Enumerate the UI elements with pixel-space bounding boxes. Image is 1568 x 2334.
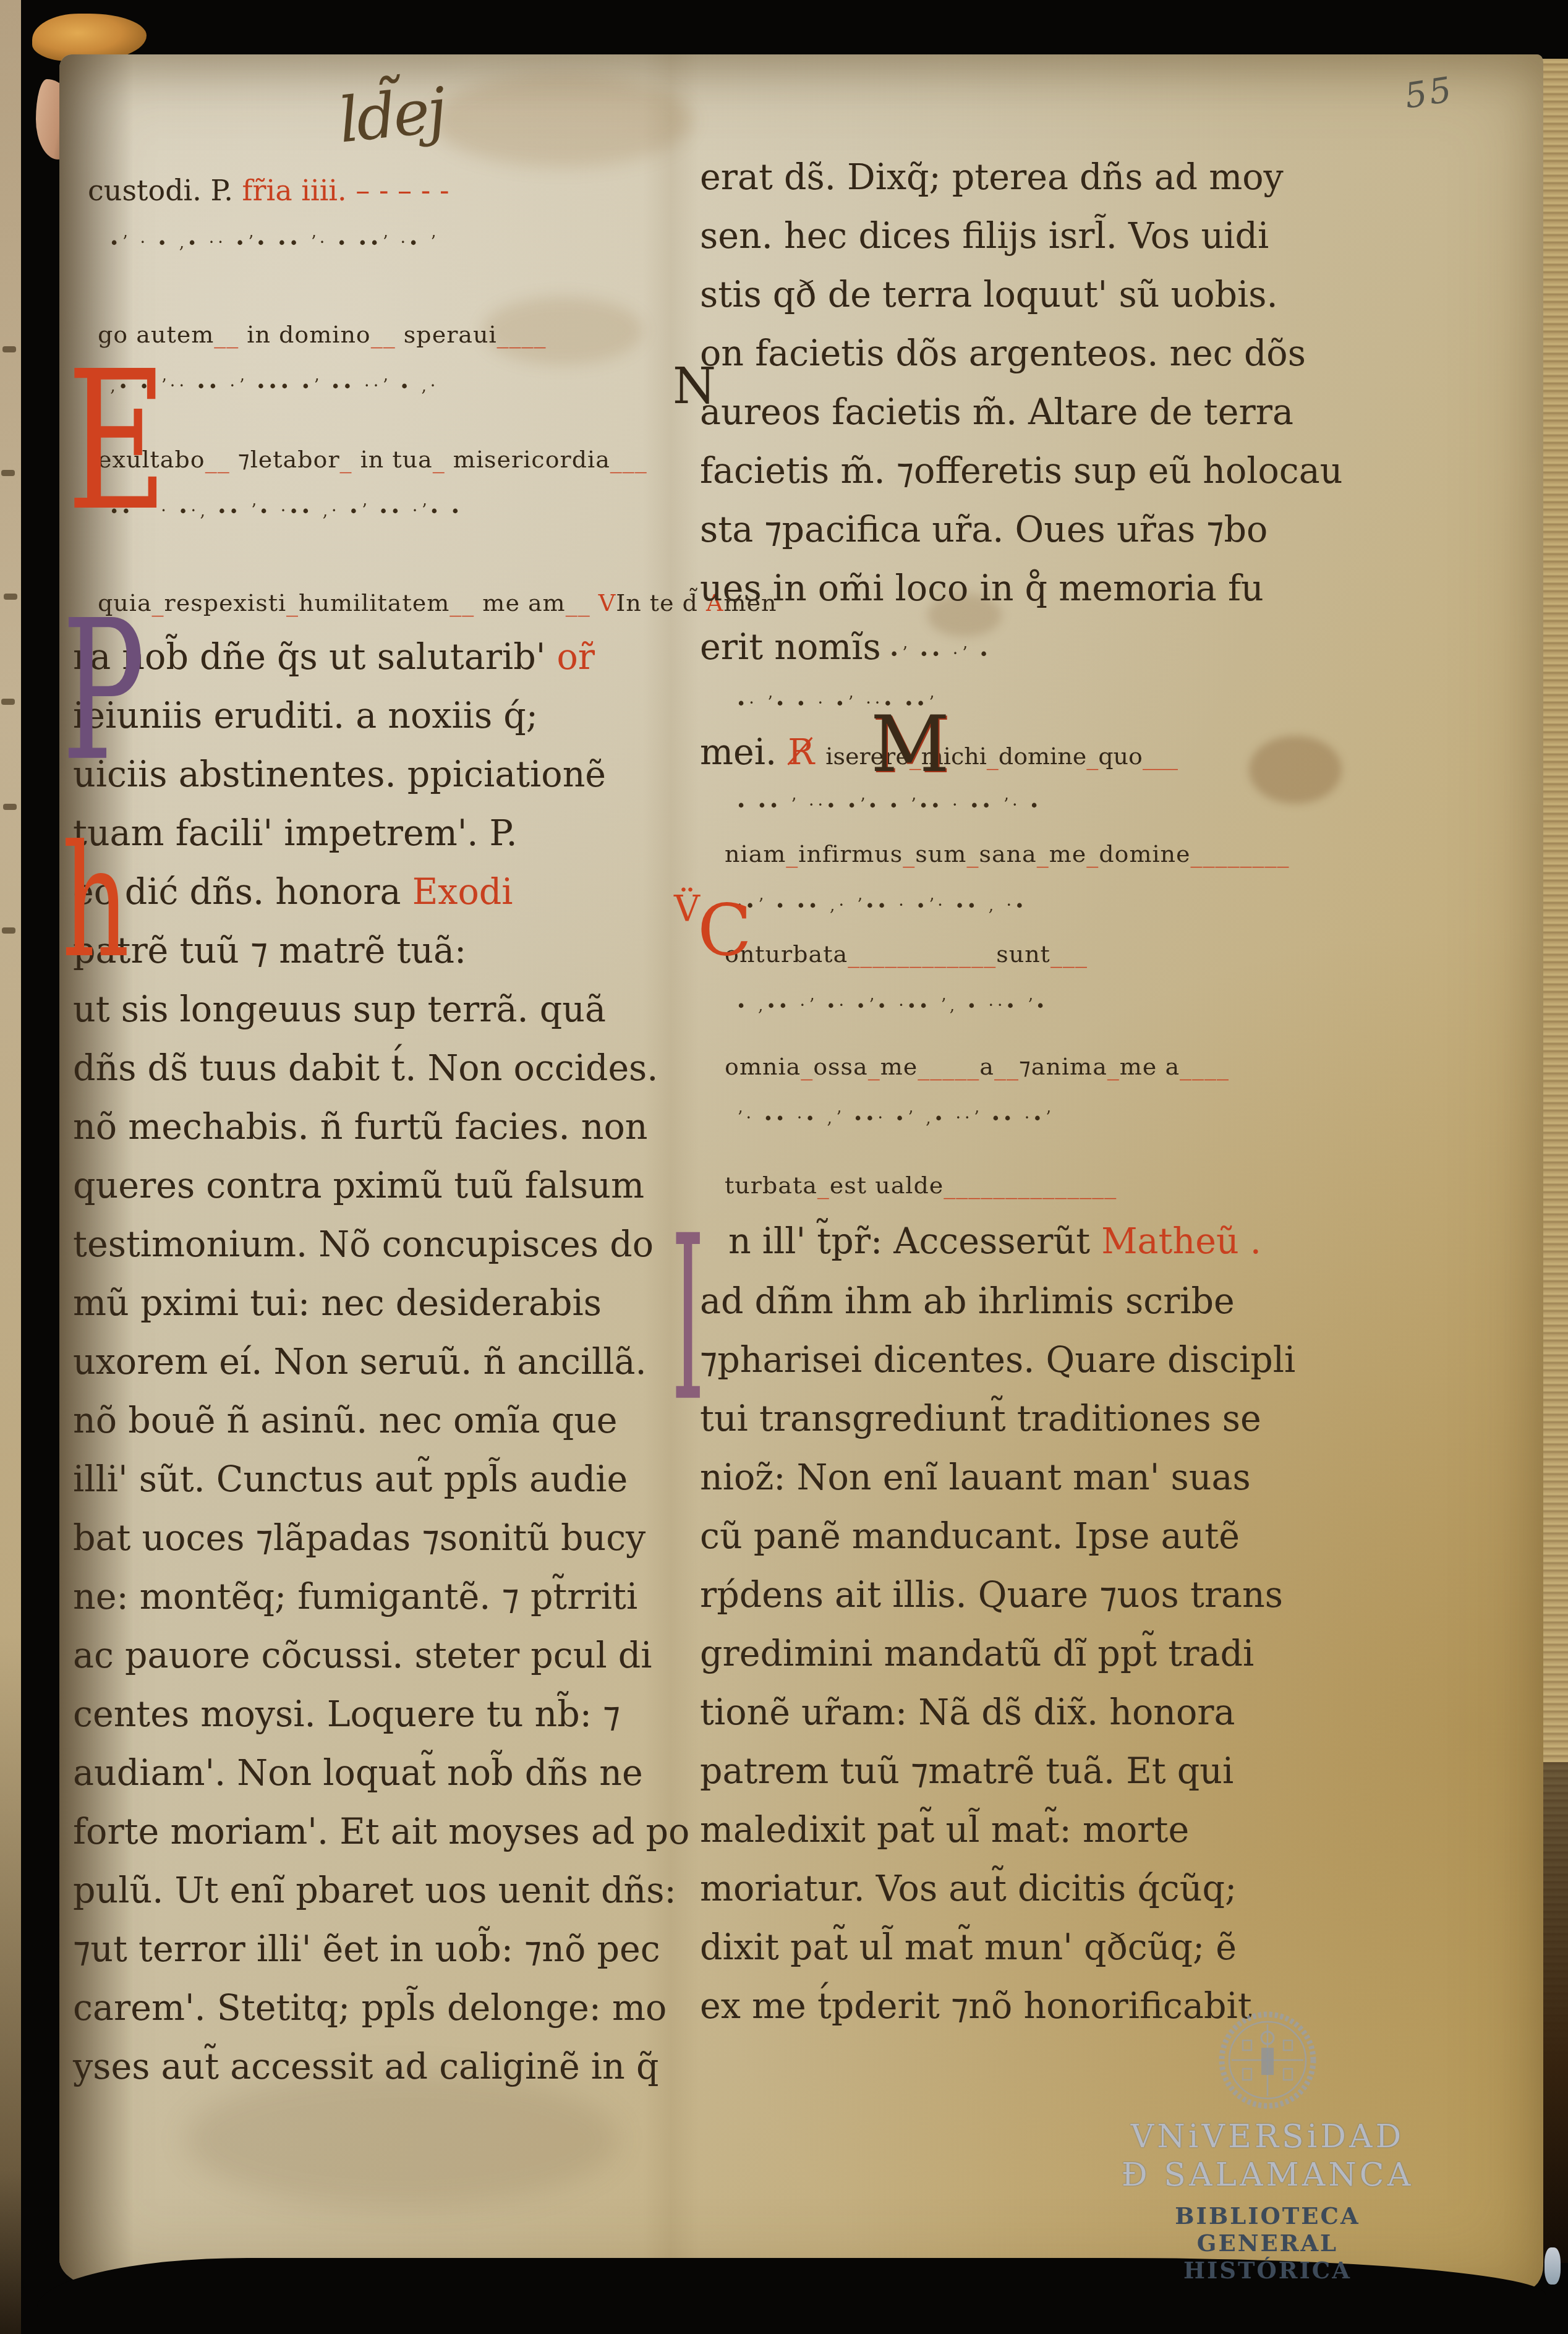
rubric-segment: _____ xyxy=(918,1053,979,1080)
ink-segment: ad dñm ihm ab ihrlimis scribe xyxy=(700,1281,1235,1322)
text-line: quia_respexisti_humilitatem__ me am__ VI… xyxy=(73,577,662,628)
text-line: ieiuniis eruditi. a noxiis q́; xyxy=(73,687,662,746)
text-line: dñs ds̃ tuus dabit t́. Non occides. xyxy=(73,1039,662,1098)
ink-segment: patrẽ tuũ ⁊ matrẽ tuã: xyxy=(73,931,466,971)
neume-segment: ∙ ∙∙ ʼ ··∙ ∙ʼ∙ ∙ ʼ∙∙ · ∙∙ ʼ· ∙ xyxy=(737,796,1042,815)
initial-M-miserere: M xyxy=(871,706,950,783)
rubric-segment: ___ xyxy=(1050,940,1088,968)
ink-segment: mei. xyxy=(700,732,788,773)
ink-segment: me a xyxy=(1120,1053,1180,1080)
neume-segment: ʼ· ∙∙ ·∙ ‚ʼ ∙∙· ∙ʼ ‚∙ ··ʼ ∙∙ ·∙ʼ xyxy=(737,1109,1054,1128)
text-line: nõ bouẽ ñ asinũ. nec omĩa que xyxy=(73,1392,662,1450)
text-line: testimonium. Nõ concupisces do xyxy=(73,1216,662,1274)
rubric-segment: R̸ xyxy=(788,732,825,773)
rubric-segment: ____ xyxy=(497,321,547,348)
ink-segment: omnia xyxy=(725,1053,801,1080)
rubric-segment: _ xyxy=(987,743,999,770)
ink-segment: on facietis dõs argenteos. nec dõs xyxy=(700,333,1306,374)
text-line: tuam facili' impetrem'. P. xyxy=(73,804,662,863)
ink-segment: ⁊ut terror illi' ẽet in uob̃: ⁊nõ pec xyxy=(73,1929,660,1970)
rubric-segment: _ xyxy=(340,446,352,473)
text-line: on facietis dõs argenteos. nec dõs xyxy=(700,325,1324,383)
text-line: pulũ. Ut enĩ pbaret uos uenit dñs: xyxy=(73,1862,662,1920)
ink-segment: yses aut̃ accessit ad caliginẽ in q̃ xyxy=(73,2047,658,2087)
text-line: mei. R̸ iserere_michi_domine_quo___ xyxy=(700,726,1324,779)
rubric-segment: ____________ xyxy=(848,940,996,968)
ink-segment: sana xyxy=(979,840,1036,867)
initial-I-in-illo: I xyxy=(671,1207,704,1434)
ink-segment: respexisti xyxy=(164,589,286,616)
text-line: facietis m̃. ⁊offeretis sup eũ holocau xyxy=(700,442,1324,501)
text-line: tionẽ ur̃am: Nã ds̃ dix̃. honora xyxy=(700,1684,1324,1742)
rubric-segment: ________ xyxy=(1191,840,1290,867)
facing-page-text-fragment xyxy=(1,470,15,476)
ink-segment: domine xyxy=(1099,840,1190,867)
text-line: gredimini mandatũ dĩ ppt̃ tradi xyxy=(700,1625,1324,1684)
facing-page-text-fragment xyxy=(1,699,15,705)
rubric-segment: fr̃ia iiii. xyxy=(242,174,356,207)
ink-segment: me xyxy=(880,1053,918,1080)
text-line: nõ mechabis. ñ furtũ facies. non xyxy=(73,1098,662,1157)
ink-segment: dixit pat̃ ul̃ mat̃ mun' qðcũq; ẽ xyxy=(700,1927,1237,1968)
rubric-segment: Matheũ . xyxy=(1101,1221,1261,1262)
facing-page-text-fragment xyxy=(2,346,16,352)
text-line: uiciis abstinentes. ppiciationẽ xyxy=(73,746,662,804)
text-line: ec dić dñs. honora Exodi xyxy=(73,863,662,922)
rubric-segment: ___ xyxy=(610,446,647,473)
text-line: onturbata____________sunt___ xyxy=(700,929,1324,979)
ink-segment: tionẽ ur̃am: Nã ds̃ dix̃. honora xyxy=(700,1692,1235,1733)
text-line: nioz̃: Non enĩ lauant man' suas xyxy=(700,1449,1324,1507)
ink-segment: in tua xyxy=(352,446,433,473)
manuscript-photo: ld̃ej 55 custodi. P. fr̃ia iiii. – - – -… xyxy=(0,0,1568,2334)
neume-segment: ·∙ʼ ∙ ∙∙ ‚· ʼ∙∙ · ∙ʼ· ∙∙ ‚ ·∙ xyxy=(737,896,1027,915)
ink-segment: me am xyxy=(474,589,565,616)
fore-edge-highlight xyxy=(1545,2247,1561,2285)
ink-segment: sta ⁊pacifica ur̃a. Oues ur̃as ⁊bo xyxy=(700,509,1268,550)
text-line: custodi. P. fr̃ia iiii. – - – - - xyxy=(73,147,662,216)
neume-row: ∙ʼ · ∙ ‚∙ ·· ∙ʼ∙ ∙∙ ʼ· ∙ ∙∙ʼ ·∙ ʼ xyxy=(73,216,662,309)
ink-segment: nõ mechabis. ñ furtũ facies. non xyxy=(73,1107,648,1148)
ink-segment: tuam facili' impetrem'. P. xyxy=(73,813,518,854)
book-fore-edge-shadow xyxy=(1542,1762,1568,2263)
folio-number: 55 xyxy=(1402,69,1456,117)
ink-segment: mũ pximi tui: nec desiderabis xyxy=(73,1283,602,1324)
rubric-segment: __ xyxy=(450,589,474,616)
ink-segment: nioz̃: Non enĩ lauant man' suas xyxy=(700,1457,1251,1498)
rubric-segment: Exodi xyxy=(412,872,513,913)
ink-segment: a xyxy=(979,1053,994,1080)
versus-mark: V̈ xyxy=(674,890,700,926)
ink-segment: infirmus xyxy=(798,840,903,867)
text-line: omnia_ossa_me_____a__⁊anima_me a____ xyxy=(700,1041,1324,1092)
neume-row: ∙ ∙∙ ʼ ··∙ ∙ʼ∙ ∙ ʼ∙∙ · ∙∙ ʼ· ∙ xyxy=(700,779,1324,828)
neume-segment: ∙ ‚∙∙ ·ʼ ∙· ∙ʼ∙ ·∙∙ ʼ‚ ∙ ··∙ ʼ∙ xyxy=(737,996,1048,1015)
ink-segment: niam xyxy=(725,840,786,867)
watermark-library-name: BIBLIOTECA GENERAL HISTÓRICA xyxy=(1113,2202,1422,2284)
text-line: mũ pximi tui: nec desiderabis xyxy=(73,1274,662,1333)
ink-segment: rṕdens ait illis. Quare ⁊uos trans xyxy=(700,1575,1283,1616)
right-text-column: erat ds̃. Dixq̃; pterea dñs ad moysen. h… xyxy=(700,148,1324,2036)
ink-segment: humilitatem xyxy=(299,589,450,616)
ink-scribble: ld̃ej xyxy=(335,74,447,156)
text-line: patrẽ tuũ ⁊ matrẽ tuã: xyxy=(73,922,662,981)
ink-segment: in domino xyxy=(239,321,371,348)
text-line: bat uoces ⁊lãpadas ⁊sonitũ bucy xyxy=(73,1509,662,1568)
text-line: moriatur. Vos aut̃ dicitis q́cũq; xyxy=(700,1860,1324,1919)
ink-segment: domine xyxy=(999,743,1086,770)
rubric-segment: ____ xyxy=(1180,1053,1229,1080)
ink-segment: custodi. P. xyxy=(88,174,242,207)
ink-segment: uxorem eí. Non seruũ. ñ ancillã. xyxy=(73,1342,647,1382)
neume-row: ·∙ʼ ∙ ∙∙ ‚· ʼ∙∙ · ∙ʼ· ∙∙ ‚ ·∙ xyxy=(700,879,1324,929)
text-line: erit nomĩs ∙ʼ ∙∙ ·ʼ ∙ xyxy=(700,618,1324,677)
rubric-segment: ______________ xyxy=(944,1172,1117,1199)
text-line: yses aut̃ accessit ad caliginẽ in q̃ xyxy=(73,2038,662,2097)
rubric-segment: __ xyxy=(205,446,230,473)
text-line: forte moriam'. Et ait moyses ad po xyxy=(73,1803,662,1862)
text-line: tui transgrediunt̃ traditiones se xyxy=(700,1390,1324,1449)
text-line: carem'. Stetitq; ppl̃s delonge: mo xyxy=(73,1979,662,2038)
rubric-segment: __ xyxy=(214,321,239,348)
text-line: ⁊pharisei dicentes. Quare discipli xyxy=(700,1331,1324,1390)
rubric-segment: _ xyxy=(817,1172,830,1199)
text-line: n ill' t̃pr̃: Accesserũt Matheũ . xyxy=(700,1211,1324,1272)
text-line: niam_infirmus_sum_sana_me_domine________ xyxy=(700,828,1324,879)
rubric-segment: or̃ xyxy=(545,637,595,678)
ink-segment: ⁊anima xyxy=(1019,1053,1107,1080)
text-line: sen. hec dices filijs isrl̃. Vos uidi xyxy=(700,207,1324,266)
ink-segment: In te d̃ xyxy=(616,589,706,616)
text-line: audiam'. Non loquat̃ nob̃ dñs ne xyxy=(73,1744,662,1803)
text-line: ut sis longeuus sup terrã. quã xyxy=(73,981,662,1039)
watermark-university-line1: VNiVERSiDAD xyxy=(1113,2118,1422,2155)
text-line: uxorem eí. Non seruũ. ñ ancillã. xyxy=(73,1333,662,1392)
neume-row: ∙· ʼ∙ ∙ · ∙ʼ ··∙ ∙∙ʼ xyxy=(700,677,1324,726)
ink-segment: facietis m̃. ⁊offeretis sup eũ holocau xyxy=(700,451,1342,492)
rubric-segment: – - – - - xyxy=(356,174,449,207)
ink-segment: maledixit pat̃ ul̃ mat̃: morte xyxy=(700,1810,1189,1851)
initial-C-conturbata: C xyxy=(697,895,752,966)
rubric-segment: __ xyxy=(566,589,590,616)
rubric-segment: _ xyxy=(868,1053,880,1080)
ink-segment: pulũ. Ut enĩ pbaret uos uenit dñs: xyxy=(73,1870,676,1911)
rubric-segment: _ xyxy=(786,840,798,867)
ink-segment: ne: montẽq; fumigantẽ. ⁊ pt̃rriti xyxy=(73,1577,637,1617)
facing-page-text-fragment xyxy=(4,594,17,600)
ink-segment: ues in om̃i loco in q̊ memoria fu xyxy=(700,568,1264,609)
text-line: sta ⁊pacifica ur̃a. Oues ur̃as ⁊bo xyxy=(700,501,1324,560)
ink-segment: quo xyxy=(1098,743,1143,770)
text-line: turbata_est ualde______________ xyxy=(700,1160,1324,1211)
text-line: ac pauore cõcussi. steter pcul di xyxy=(73,1627,662,1685)
ink-segment: uiciis abstinentes. ppiciationẽ xyxy=(73,754,606,795)
ink-segment: me xyxy=(1049,840,1087,867)
text-line: aureos facietis m̃. Altare de terra xyxy=(700,383,1324,442)
rubric-segment: _ xyxy=(152,589,164,616)
rubric-segment: _ xyxy=(286,589,299,616)
ink-segment: stis qð de terra loquut' sũ uobis. xyxy=(700,275,1278,315)
rubric-segment: _ xyxy=(1086,743,1098,770)
text-line: ⁊ut terror illi' ẽet in uob̃: ⁊nõ pec xyxy=(73,1920,662,1979)
initial-P-presta: P xyxy=(62,595,145,788)
facing-page-text-fragment xyxy=(3,804,17,810)
ink-segment: testimonium. Nõ concupisces do xyxy=(73,1224,654,1265)
rubric-segment: _ xyxy=(903,840,915,867)
rubric-segment: V xyxy=(599,589,616,616)
rubric-segment: _ xyxy=(433,446,445,473)
rubric-segment: __ xyxy=(994,1053,1019,1080)
watermark-university-line2: Ð SALAMANCA xyxy=(1113,2157,1422,2194)
university-seal-icon xyxy=(1218,2011,1317,2110)
ink-segment: est ualde xyxy=(830,1172,944,1199)
ink-segment: tui transgrediunt̃ traditiones se xyxy=(700,1399,1261,1439)
facing-page-text-fragment xyxy=(2,927,15,934)
ink-segment: misericordia xyxy=(445,446,610,473)
ink-segment: centes moysi. Loquere tu nb̃: ⁊ xyxy=(73,1694,620,1735)
ink-segment: ⁊pharisei dicentes. Quare discipli xyxy=(700,1340,1295,1381)
rubric-segment: _ xyxy=(1086,840,1099,867)
rubric-segment: _ xyxy=(1107,1053,1120,1080)
ink-segment: nõ bouẽ ñ asinũ. nec omĩa que xyxy=(73,1400,618,1441)
ink-segment: speraui xyxy=(396,321,497,348)
ink-segment: turbata xyxy=(725,1172,817,1199)
ink-segment: n ill' t̃pr̃: Accesserũt xyxy=(728,1221,1101,1262)
ink-segment: ut sis longeuus sup terrã. quã xyxy=(73,989,606,1030)
text-line: ne: montẽq; fumigantẽ. ⁊ pt̃rriti xyxy=(73,1568,662,1627)
ink-segment: audiam'. Non loquat̃ nob̃ dñs ne xyxy=(73,1753,643,1794)
ink-segment: ⁊letabor xyxy=(230,446,340,473)
ink-segment: queres contra pximũ tuũ falsum xyxy=(73,1165,644,1206)
text-line: queres contra pximũ tuũ falsum xyxy=(73,1157,662,1216)
initial-E-ego: E xyxy=(67,346,168,538)
ink-segment: bat uoces ⁊lãpadas ⁊sonitũ bucy xyxy=(73,1518,646,1559)
ink-segment: forte moriam'. Et ait moyses ad po xyxy=(73,1812,689,1852)
neume-row: ∙ ‚∙∙ ·ʼ ∙· ∙ʼ∙ ·∙∙ ʼ‚ ∙ ··∙ ʼ∙ xyxy=(700,979,1324,1041)
text-line: ad dñm ihm ab ihrlimis scribe xyxy=(700,1272,1324,1331)
text-line: ues in om̃i loco in q̊ memoria fu xyxy=(700,560,1324,618)
text-line: maledixit pat̃ ul̃ mat̃: morte xyxy=(700,1801,1324,1860)
facing-page-edge xyxy=(0,0,21,2334)
ink-segment: sum xyxy=(915,840,966,867)
ink-segment: patrem tuũ ⁊matrẽ tuã. Et qui xyxy=(700,1751,1234,1792)
rubric-segment: _ xyxy=(1037,840,1049,867)
neume-row: ʼ· ∙∙ ·∙ ‚ʼ ∙∙· ∙ʼ ‚∙ ··ʼ ∙∙ ·∙ʼ xyxy=(700,1092,1324,1160)
text-line: patrem tuũ ⁊matrẽ tuã. Et qui xyxy=(700,1742,1324,1801)
ink-segment: moriatur. Vos aut̃ dicitis q́cũq; xyxy=(700,1868,1237,1909)
text-line: stis qð de terra loquut' sũ uobis. xyxy=(700,266,1324,325)
ink-segment: sunt xyxy=(996,940,1050,968)
rubric-segment: __ xyxy=(371,321,396,348)
ink-segment: carem'. Stetitq; ppl̃s delonge: mo xyxy=(73,1988,667,2029)
ink-segment: sen. hec dices filijs isrl̃. Vos uidi xyxy=(700,216,1269,257)
neume-segment: ∙ʼ ∙∙ ·ʼ ∙ xyxy=(881,644,992,663)
text-line: rṕdens ait illis. Quare ⁊uos trans xyxy=(700,1566,1324,1625)
rubric-segment: ___ xyxy=(1143,743,1178,770)
ink-segment: ac pauore cõcussi. steter pcul di xyxy=(73,1635,652,1676)
text-line: ra nob̃ dñe q̃s ut salutarib' or̃ xyxy=(73,628,662,687)
text-line: centes moysi. Loquere tu nb̃: ⁊ xyxy=(73,1685,662,1744)
text-line: illi' sũt. Cunctus aut̃ ppl̃s audie xyxy=(73,1450,662,1509)
ink-segment xyxy=(590,589,599,616)
ink-segment: cũ panẽ manducant. Ipse autẽ xyxy=(700,1516,1240,1557)
ink-segment: erat ds̃. Dixq̃; pterea dñs ad moy xyxy=(700,157,1284,198)
ink-segment: aureos facietis m̃. Altare de terra xyxy=(700,392,1293,433)
ink-segment: ossa xyxy=(813,1053,868,1080)
initial-N-non: N xyxy=(673,362,716,411)
ink-segment: illi' sũt. Cunctus aut̃ ppl̃s audie xyxy=(73,1459,628,1500)
rubric-segment: _ xyxy=(966,840,979,867)
neume-segment: ∙ʼ · ∙ ‚∙ ·· ∙ʼ∙ ∙∙ ʼ· ∙ ∙∙ʼ ·∙ ʼ xyxy=(110,233,439,252)
ink-segment: dñs ds̃ tuus dabit t́. Non occides. xyxy=(73,1048,658,1089)
ink-segment: erit nomĩs xyxy=(700,627,881,668)
initial-H-hec: h xyxy=(62,825,129,980)
library-watermark: VNiVERSiDAD Ð SALAMANCA BIBLIOTECA GENER… xyxy=(1113,2011,1422,2284)
text-line: dixit pat̃ ul̃ mat̃ mun' qðcũq; ẽ xyxy=(700,1919,1324,1977)
rubric-segment: _ xyxy=(801,1053,813,1080)
text-line: cũ panẽ manducant. Ipse autẽ xyxy=(700,1507,1324,1566)
ink-segment: gredimini mandatũ dĩ ppt̃ tradi xyxy=(700,1633,1254,1674)
text-line: erat ds̃. Dixq̃; pterea dñs ad moy xyxy=(700,148,1324,207)
